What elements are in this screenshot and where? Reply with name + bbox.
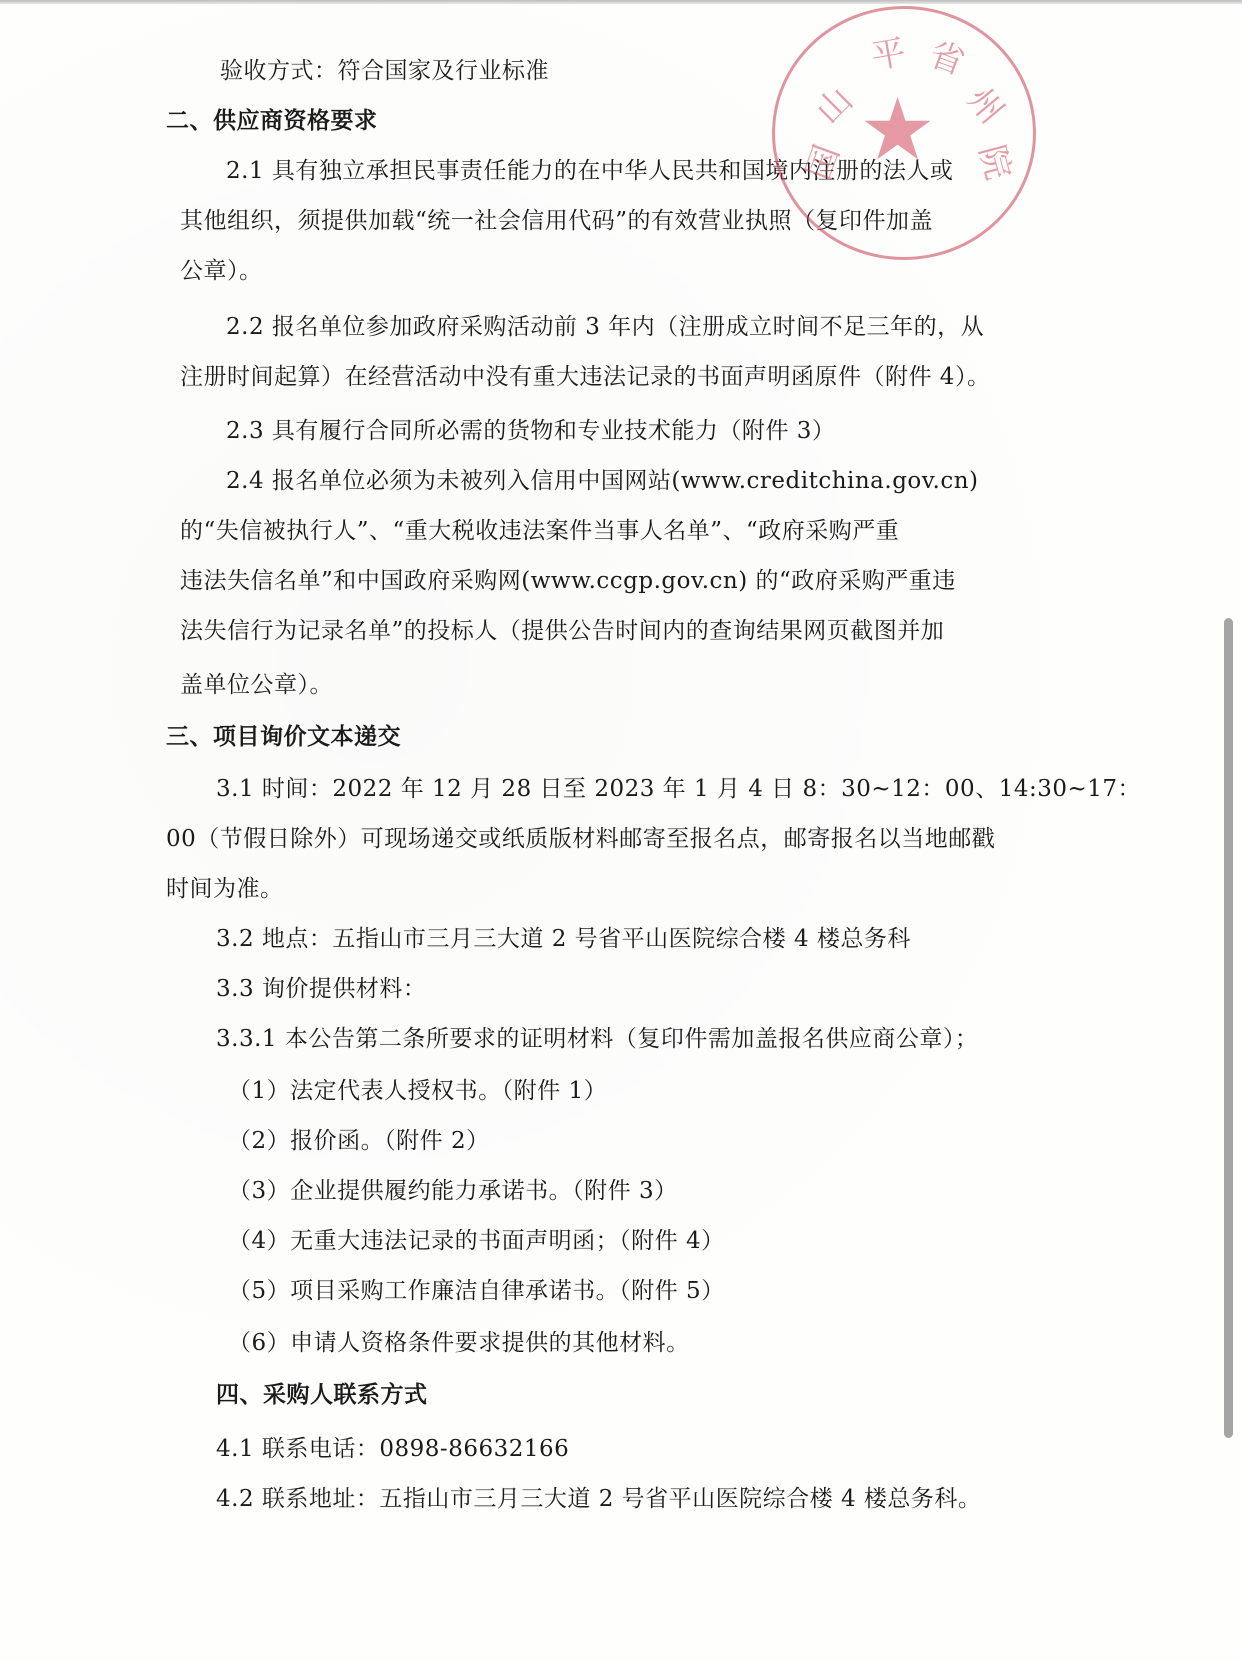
document-line: 公章）。: [180, 256, 263, 286]
document-line: 盖单位公章）。: [180, 670, 333, 700]
document-line: （2）报价函。（附件 2）: [228, 1126, 490, 1156]
document-line: 3.3.1 本公告第二条所要求的证明材料（复印件需加盖报名供应商公章）；: [216, 1024, 978, 1054]
document-line: 2.3 具有履行合同所必需的货物和专业技术能力（附件 3）: [226, 416, 835, 446]
document-line: 2.1 具有独立承担民事责任能力的在中华人民共和国境内注册的法人或: [226, 156, 953, 186]
document-line: 其他组织，须提供加载“统一社会信用代码”的有效营业执照（复印件加盖: [180, 206, 933, 236]
document-line: 3.3 询价提供材料：: [216, 974, 426, 1004]
document-line: 时间为准。: [166, 874, 284, 904]
document-line: 注册时间起算）在经营活动中没有重大违法记录的书面声明函原件（附件 4）。: [180, 362, 990, 392]
document-line: 法失信行为记录名单”的投标人（提供公告时间内的查询结果网页截图并加: [180, 616, 944, 646]
document-line: 的“失信被执行人”、“重大税收违法案件当事人名单”、“政府采购严重: [180, 516, 899, 546]
document-line: 2.4 报名单位必须为未被列入信用中国网站(www.creditchina.go…: [226, 466, 979, 496]
document-line: （6）申请人资格条件要求提供的其他材料。: [228, 1328, 690, 1358]
document-line: （4）无重大违法记录的书面声明函；（附件 4）: [228, 1226, 725, 1256]
document-line: 4.1 联系电话：0898-86632166: [216, 1434, 569, 1464]
document-line: （1）法定代表人授权书。（附件 1）: [228, 1076, 607, 1106]
document-line: 00（节假日除外）可现场递交或纸质版材料邮寄至报名点，邮寄报名以当地邮戳: [166, 824, 995, 854]
scrollbar-thumb[interactable]: [1224, 618, 1233, 1438]
document-line: （3）企业提供履约能力承诺书。（附件 3）: [228, 1176, 678, 1206]
document-line: （5）项目采购工作廉洁自律承诺书。（附件 5）: [228, 1276, 725, 1306]
document-line: 4.2 联系地址：五指山市三月三大道 2 号省平山医院综合楼 4 楼总务科。: [216, 1484, 981, 1514]
section-heading: 二、供应商资格要求: [166, 106, 378, 136]
document-line: 违法失信名单”和中国政府采购网(www.ccgp.gov.cn) 的“政府采购严…: [180, 566, 956, 596]
document-line: 3.1 时间：2022 年 12 月 28 日至 2023 年 1 月 4 日 …: [216, 774, 1141, 804]
section-heading: 四、采购人联系方式: [216, 1380, 428, 1410]
section-heading: 三、项目询价文本递交: [166, 722, 401, 752]
document-line: 2.2 报名单位参加政府采购活动前 3 年内（注册成立时间不足三年的，从: [226, 312, 984, 342]
document-line: 3.2 地点：五指山市三月三大道 2 号省平山医院综合楼 4 楼总务科: [216, 924, 911, 954]
document-line: 验收方式：符合国家及行业标准: [220, 56, 549, 86]
